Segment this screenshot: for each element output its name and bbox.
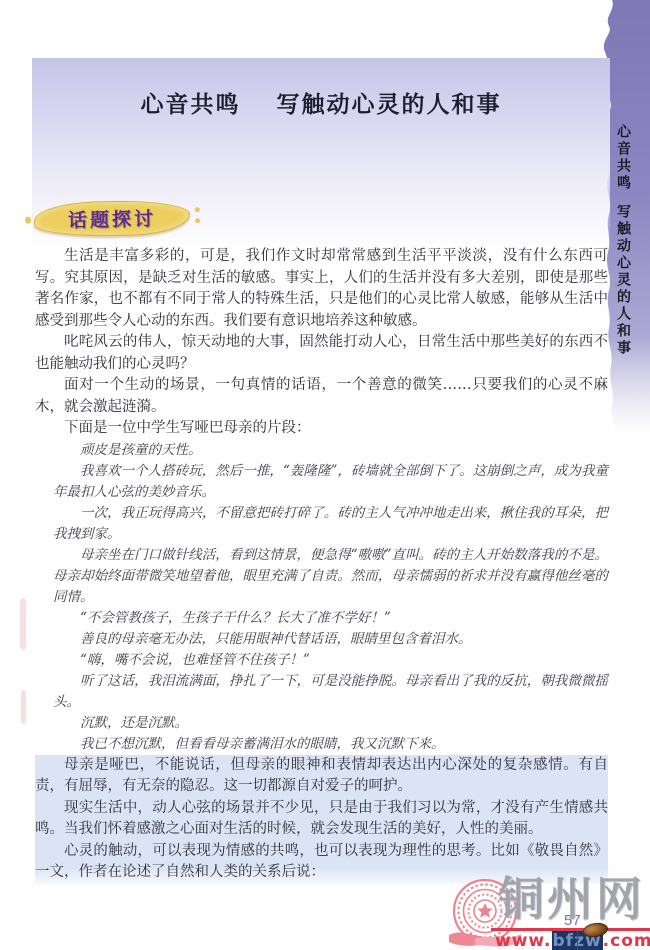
badge-label: 话题探讨 xyxy=(68,204,157,233)
quote-paragraph: 沉默，还是沉默。 xyxy=(35,713,608,734)
quote-paragraph: 一次，我正玩得高兴，不留意把砖打碎了。砖的主人气冲冲地走出来，揪住我的耳朵，把我… xyxy=(35,503,608,545)
watermark-site-name: 铜州网 xyxy=(498,876,645,922)
page-content: 心音共鸣写触动心灵的人和事 话题探讨 生活是丰富多彩的，可是，我们作文时却常常感… xyxy=(32,58,610,908)
quote-paragraph: 善良的母亲毫无办法，只能用眼神代替话语，眼睛里包含着泪水。 xyxy=(35,629,608,650)
quote-paragraph: 我喜欢一个人搭砖玩，然后一推，“轰隆隆”，砖墙就全部倒下了。这崩倒之声，成为我童… xyxy=(35,461,608,503)
quote-paragraph: 顽皮是孩童的天性。 xyxy=(35,440,608,461)
body-text: 生活是丰富多彩的，可是，我们作文时却常常感到生活平平淡淡，没有什么东西可写。究其… xyxy=(35,246,608,884)
quote-paragraph: 母亲坐在门口做针线活，看到这情景，便急得“嗷嗷”直叫。砖的主人开始数落我的不是。… xyxy=(35,545,608,608)
sidebar-chapter-subtitle: 写触动心灵的人和事 xyxy=(613,204,633,357)
quote-paragraph: 我已不想沉默，但看看母亲蓄满泪水的眼睛，我又沉默下来。 xyxy=(35,734,608,755)
title-part1: 心音共鸣 xyxy=(141,92,241,118)
paragraph: 面对一个生动的场景，一句真情的话语，一个善意的微笑……只要我们的心灵不麻木，就会… xyxy=(35,375,608,418)
page-number-divider xyxy=(577,931,578,950)
paragraph: 生活是丰富多彩的，可是，我们作文时却常常感到生活平平淡淡，没有什么东西可写。究其… xyxy=(35,246,608,332)
page-title: 心音共鸣写触动心灵的人和事 xyxy=(32,86,610,119)
sidebar-chapter-title: 心音共鸣 xyxy=(613,124,633,192)
quote-paragraph: “不会管教孩子，生孩子干什么？长大了准不学好！” xyxy=(35,608,608,629)
paragraph: 下面是一位中学生写哑巴母亲的片段： xyxy=(35,418,608,440)
watermark-url: www.bfzw.com xyxy=(495,931,650,950)
url-suffix: .com xyxy=(603,931,650,950)
paragraph: 叱咤风云的伟人，惊天动地的大事，固然能打动人心，日常生活中那些美好的东西不也能触… xyxy=(35,332,608,375)
quote-paragraph: 听了这话，我泪流满面，挣扎了一下，可是没能挣脱。母亲看出了我的反抗，朝我微微摇头… xyxy=(35,671,608,713)
highlighted-paragraph: 母亲是哑巴，不能说话，但母亲的眼神和表情却表达出内心深处的复杂感情。有自责，有屈… xyxy=(35,755,608,798)
scan-smudge xyxy=(21,690,26,724)
textbook-page: 心音共鸣 写触动心灵的人和事 心音共鸣写触动心灵的人和事 话题探讨 生活是丰富多… xyxy=(0,0,650,950)
quote-paragraph: “嗨，嘴不会说，也难怪管不住孩子！” xyxy=(35,650,608,671)
url-prefix: www. xyxy=(495,931,552,950)
highlighted-paragraph: 现实生活中，动人心弦的场景并不少见，只是由于我们习以为常，才没有产生情感共鸣。当… xyxy=(35,798,608,841)
title-part2: 写触动心灵的人和事 xyxy=(277,92,502,118)
scan-smudge xyxy=(20,598,26,650)
